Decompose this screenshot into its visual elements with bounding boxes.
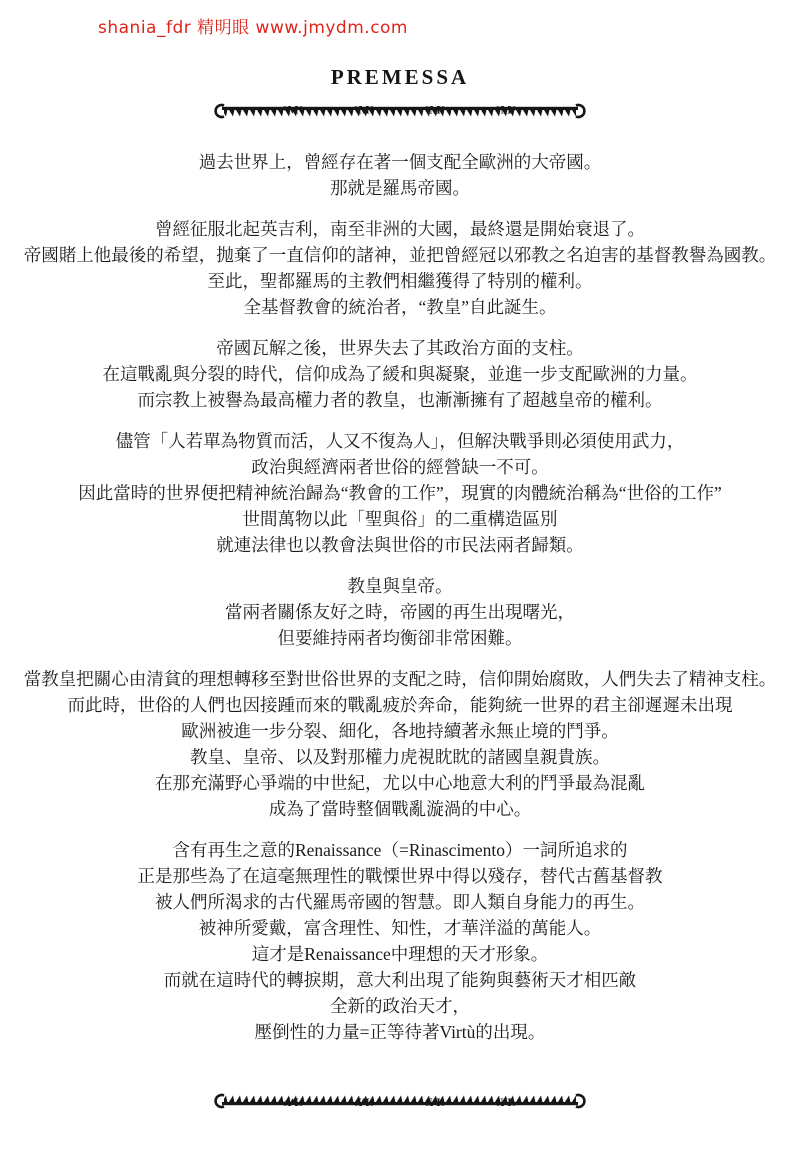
text-line: 全基督教會的統治者，“教皇”自此誕生。 bbox=[0, 294, 800, 320]
text-line: 當兩者關係友好之時，帝國的再生出現曙光， bbox=[0, 599, 800, 625]
text-line: 至此，聖都羅馬的主教們相繼獲得了特別的權利。 bbox=[0, 268, 800, 294]
svg-text:M: M bbox=[287, 1096, 298, 1110]
text-line: 含有再生之意的Renaissance（=Rinascimento）一詞所追求的 bbox=[0, 837, 800, 863]
text-line: 但要維持兩者均衡卻非常困難。 bbox=[0, 625, 800, 651]
premessa-page: shania_fdr 精明眼 www.jmydm.com PREMESSA M … bbox=[0, 0, 800, 1169]
text-line: 被人們所渴求的古代羅馬帝國的智慧。即人類自身能力的再生。 bbox=[0, 889, 800, 915]
paragraph: 過去世界上，曾經存在著一個支配全歐洲的大帝國。那就是羅馬帝國。 bbox=[0, 149, 800, 201]
text-line: 帝國賭上他最後的希望，抛棄了一直信仰的諸神，並把曾經冠以邪教之名迫害的基督教譽為… bbox=[0, 242, 800, 268]
text-line: 在這戰亂與分裂的時代，信仰成為了緩和與凝聚，並進一步支配歐洲的力量。 bbox=[0, 361, 800, 387]
text-line: 曾經征服北起英吉利，南至非洲的大國，最終還是開始衰退了。 bbox=[0, 216, 800, 242]
svg-text:M: M bbox=[500, 103, 511, 117]
text-line: 被神所愛戴，富含理性、知性，才華洋溢的萬能人。 bbox=[0, 915, 800, 941]
svg-text:M: M bbox=[429, 1096, 440, 1110]
text-line: 那就是羅馬帝國。 bbox=[0, 175, 800, 201]
text-line: 而就在這時代的轉捩期，意大利出現了能夠與藝術天才相匹敵 bbox=[0, 967, 800, 993]
svg-text:M: M bbox=[287, 103, 298, 117]
svg-text:M: M bbox=[358, 103, 369, 117]
text-line: 教皇、皇帝、以及對那權力虎視眈眈的諸國皇親貴族。 bbox=[0, 744, 800, 770]
text-line: 歐洲被進一步分裂、細化，各地持續著永無止境的鬥爭。 bbox=[0, 718, 800, 744]
body-text: 過去世界上，曾經存在著一個支配全歐洲的大帝國。那就是羅馬帝國。曾經征服北起英吉利… bbox=[0, 149, 800, 1045]
text-line: 儘管「人若單為物質而活，人又不復為人」，但解決戰爭則必須使用武力， bbox=[0, 428, 800, 454]
paragraph: 含有再生之意的Renaissance（=Rinascimento）一詞所追求的正… bbox=[0, 837, 800, 1045]
text-line: 壓倒性的力量=正等待著Virtù的出現。 bbox=[0, 1019, 800, 1045]
text-line: 這才是Renaissance中理想的天才形象。 bbox=[0, 941, 800, 967]
text-line: 教皇與皇帝。 bbox=[0, 573, 800, 599]
text-line: 過去世界上，曾經存在著一個支配全歐洲的大帝國。 bbox=[0, 149, 800, 175]
page-title: PREMESSA bbox=[0, 65, 800, 90]
svg-text:M: M bbox=[500, 1096, 511, 1110]
text-line: 就連法律也以教會法與世俗的市民法兩者歸類。 bbox=[0, 532, 800, 558]
paragraph: 當教皇把關心由清貧的理想轉移至對世俗世界的支配之時，信仰開始腐敗，人們失去了精神… bbox=[0, 666, 800, 822]
paragraph: 帝國瓦解之後，世界失去了其政治方面的支柱。在這戰亂與分裂的時代，信仰成為了緩和與… bbox=[0, 335, 800, 413]
ornamental-divider-bottom-icon: M M M M bbox=[208, 1089, 592, 1111]
paragraph: 曾經征服北起英吉利，南至非洲的大國，最終還是開始衰退了。帝國賭上他最後的希望，抛… bbox=[0, 216, 800, 320]
text-line: 全新的政治天才， bbox=[0, 993, 800, 1019]
text-line: 而宗教上被譽為最高權力者的教皇，也漸漸擁有了超越皇帝的權利。 bbox=[0, 387, 800, 413]
text-line: 正是那些為了在這毫無理性的戰慄世界中得以殘存，替代古舊基督教 bbox=[0, 863, 800, 889]
watermark-text: shania_fdr 精明眼 www.jmydm.com bbox=[98, 13, 800, 38]
text-line: 而此時，世俗的人們也因接踵而來的戰亂疲於奔命，能夠統一世界的君主卻遲遲未出現 bbox=[0, 692, 800, 718]
text-line: 政治與經濟兩者世俗的經營缺一不可。 bbox=[0, 454, 800, 480]
svg-text:M: M bbox=[358, 1096, 369, 1110]
paragraph: 教皇與皇帝。當兩者關係友好之時，帝國的再生出現曙光，但要維持兩者均衡卻非常困難。 bbox=[0, 573, 800, 651]
text-line: 因此當時的世界便把精神統治歸為“教會的工作”，現實的肉體統治稱為“世俗的工作” bbox=[0, 480, 800, 506]
text-line: 帝國瓦解之後，世界失去了其政治方面的支柱。 bbox=[0, 335, 800, 361]
text-line: 當教皇把關心由清貧的理想轉移至對世俗世界的支配之時，信仰開始腐敗，人們失去了精神… bbox=[0, 666, 800, 692]
text-line: 成為了當時整個戰亂漩渦的中心。 bbox=[0, 796, 800, 822]
text-line: 在那充滿野心爭端的中世紀，尤以中心地意大利的鬥爭最為混亂 bbox=[0, 770, 800, 796]
text-line: 世間萬物以此「聖與俗」的二重構造區別 bbox=[0, 506, 800, 532]
svg-text:M: M bbox=[429, 103, 440, 117]
ornamental-divider-top-icon: M M M M bbox=[208, 101, 592, 123]
paragraph: 儘管「人若單為物質而活，人又不復為人」，但解決戰爭則必須使用武力，政治與經濟兩者… bbox=[0, 428, 800, 558]
